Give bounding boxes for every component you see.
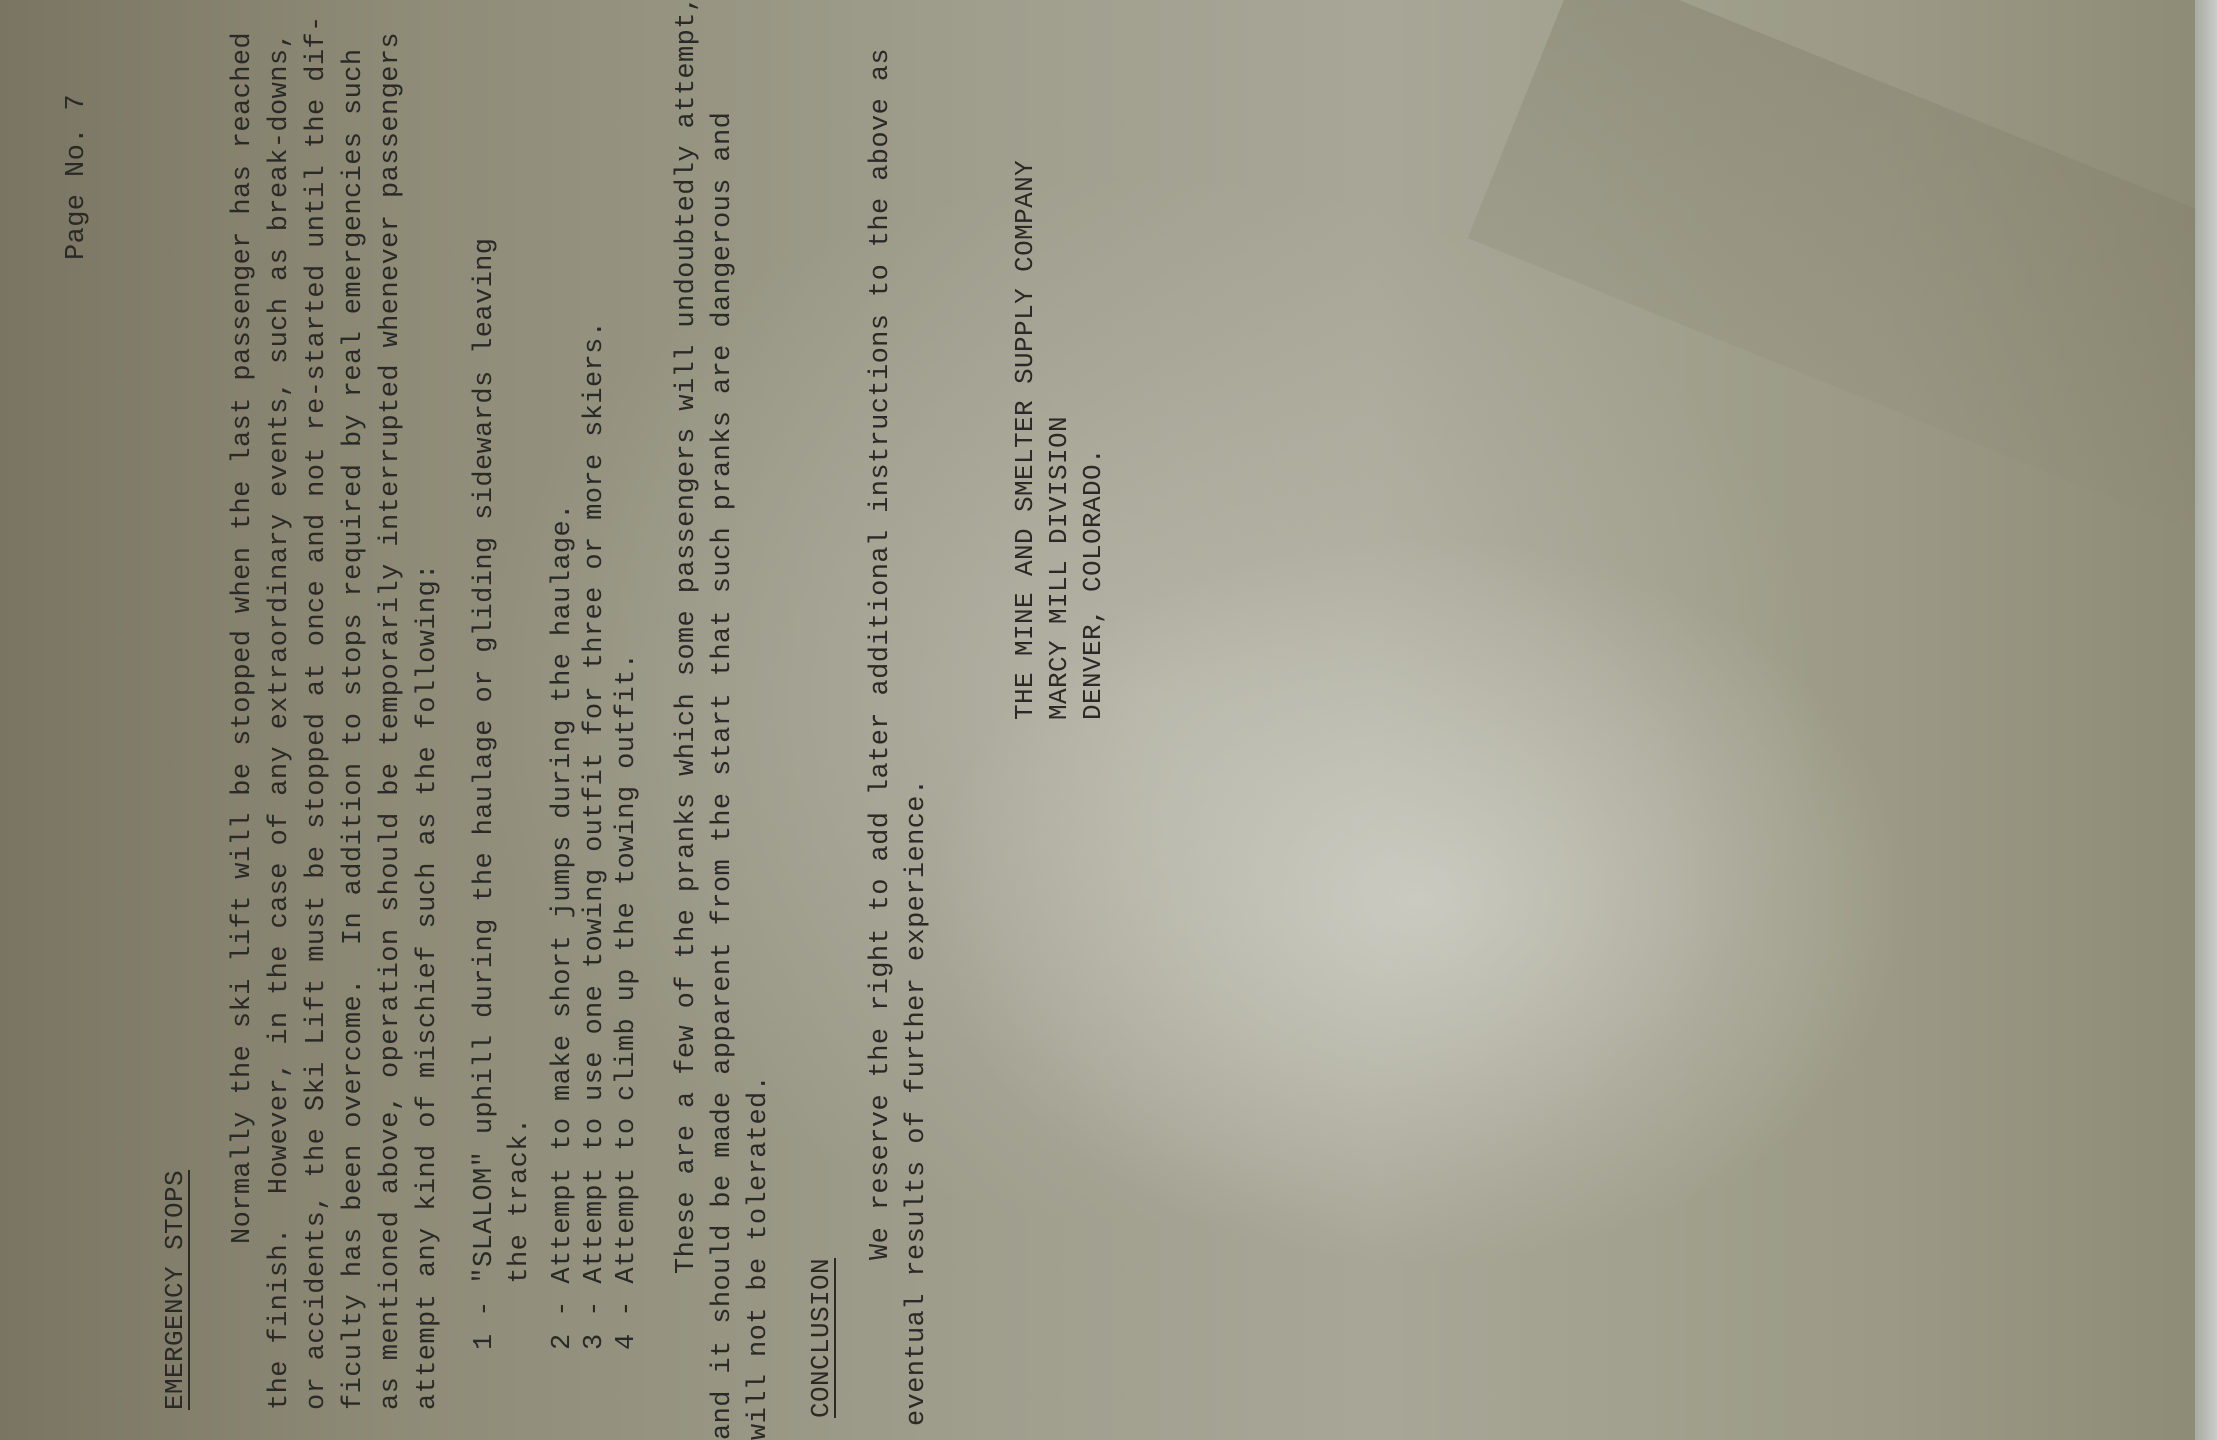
paragraph-line: Normally the ski lift will be stopped wh…: [228, 32, 258, 1410]
signature-location: DENVER, COLORADO.: [1078, 448, 1108, 720]
paragraph-line: attempt any kind of mischief such as the…: [413, 563, 443, 1410]
list-item: 4 - Attempt to climb up the towing outfi…: [612, 653, 642, 1350]
paragraph-line: the finish. However, in the case of any …: [265, 32, 295, 1410]
list-item-continuation: the track.: [505, 1118, 535, 1350]
list-item: 1 - "SLALOM" uphill during the haulage o…: [470, 238, 500, 1350]
signature-division: MARCY MILL DIVISION: [1044, 416, 1074, 720]
list-item: 3 - Attempt to use one towing outfit for…: [580, 321, 610, 1350]
paragraph-line: and it should be made apparent from the …: [708, 112, 738, 1440]
paragraph-line: will not be tolerated.: [744, 1075, 774, 1440]
section-heading-conclusion: CONCLUSION: [806, 1258, 836, 1418]
paragraph-line: or accidents, the Ski Lift must be stopp…: [302, 15, 332, 1410]
paragraph-line: ficulty has been overcome. In addition t…: [339, 49, 369, 1410]
signature-company: THE MINE AND SMELTER SUPPLY COMPANY: [1010, 160, 1040, 720]
signature-block: THE MINE AND SMELTER SUPPLY COMPANY MARC…: [0, 1374, 150, 1440]
paragraph-line: We reserve the right to add later additi…: [866, 48, 896, 1426]
paragraph-line: These are a few of the pranks which some…: [672, 0, 702, 1440]
typewritten-page: Page No. 7 EMERGENCY STOPS Normally the …: [0, 0, 2217, 1440]
list-item: 2 - Attempt to make short jumps during t…: [548, 503, 578, 1350]
paragraph-line: eventual results of further experience.: [902, 778, 932, 1426]
page-number: Page No. 7: [62, 94, 92, 260]
paragraph-line: as mentioned above, operation should be …: [376, 32, 406, 1410]
